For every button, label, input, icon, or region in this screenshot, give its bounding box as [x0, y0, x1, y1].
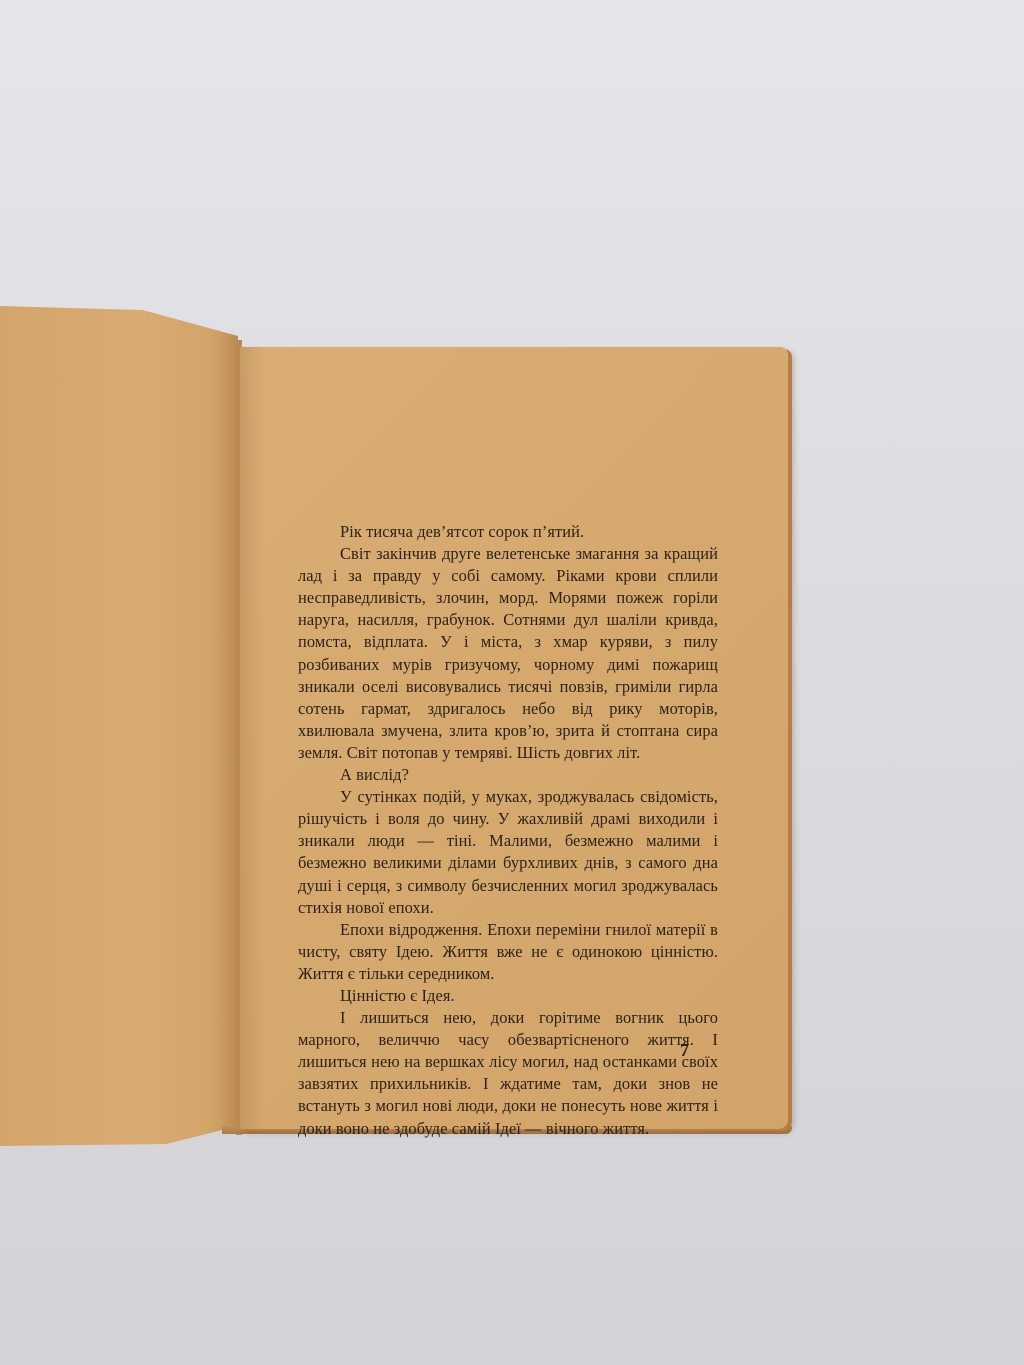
paragraph-world-war: Світ закінчив друге велетенське змагання… — [298, 543, 718, 764]
paragraph-year: Рік тисяча дев’ятсот сорок п’ятий. — [298, 521, 718, 543]
paragraph-value: Цінністю є Ідея. — [298, 985, 718, 1007]
paragraph-rebirth: Епохи відродження. Епохи переміни гнилої… — [298, 919, 718, 985]
paragraph-eternal: І лишиться нею, доки горітиме вогник цьо… — [298, 1007, 718, 1140]
page-number: 7 — [680, 1040, 689, 1061]
left-book-page — [0, 306, 238, 1146]
paragraph-question: А вислід? — [298, 764, 718, 786]
paragraph-twilight: У сутінках подій, у муках, зроджувалась … — [298, 786, 718, 919]
page-text: Рік тисяча дев’ятсот сорок п’ятий. Світ … — [298, 521, 718, 1140]
